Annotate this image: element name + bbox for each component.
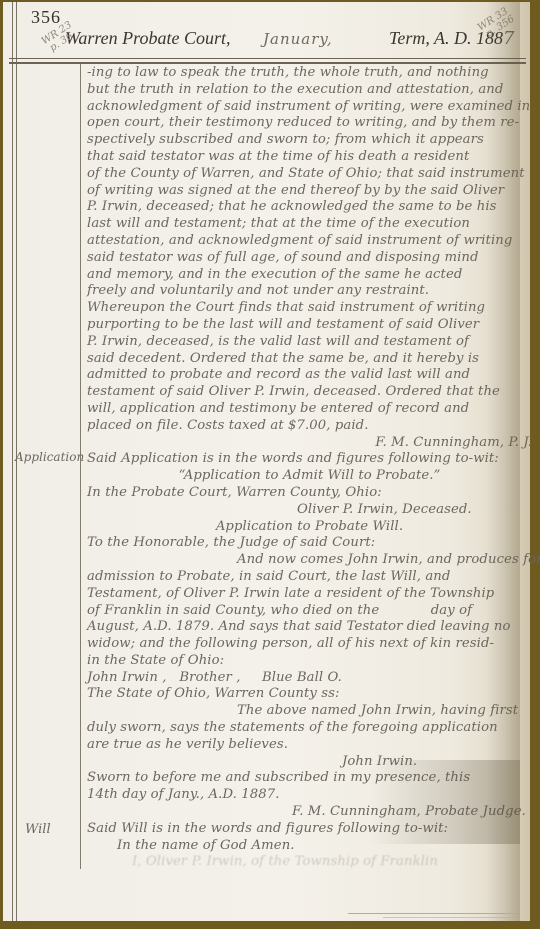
header-rule-top [9,58,526,59]
manuscript-line: In the Probate Court, Warren County, Ohi… [87,485,532,502]
manuscript-line: F. M. Cunningham, P. J. [87,435,532,452]
manuscript-line: To the Honorable, the Judge of said Cour… [87,535,532,552]
manuscript-line: admission to Probate, in said Court, the… [87,569,532,586]
manuscript-line: spectively subscribed and sworn to; from… [87,132,532,149]
manuscript-line: widow; and the following person, all of … [87,636,532,653]
court-title: Warren Probate Court, [65,28,231,49]
manuscript-line: said decedent. Ordered that the same be,… [87,351,532,368]
manuscript-line: Oliver P. Irwin, Deceased. [87,502,532,519]
manuscript-line: P. Irwin, deceased, is the valid last wi… [87,334,532,351]
manuscript-line: The State of Ohio, Warren County ss: [87,686,532,703]
next-page-edge-line [348,913,518,914]
term-month-handwritten: January, [263,30,333,48]
manuscript-line: I, Oliver P. Irwin, of the Township of F… [87,854,532,871]
manuscript-line: Testament, of Oliver P. Irwin late a res… [87,586,532,603]
manuscript-line: -ing to law to speak the truth, the whol… [87,65,532,82]
manuscript-line: “Application to Admit Will to Probate.” [87,468,532,485]
manuscript-line: Whereupon the Court finds that said inst… [87,300,532,317]
margin-label-application: Application [15,450,77,464]
manuscript-line: are true as he verily believes. [87,737,532,754]
page-number: 356 [31,7,61,28]
header-rule-bottom [9,62,526,64]
manuscript-line: admitted to probate and record as the va… [87,367,532,384]
margin-label-will: Will [25,822,87,837]
next-page-edge-line [383,917,518,918]
manuscript-line: open court, their testimony reduced to w… [87,115,532,132]
manuscript-line: P. Irwin, deceased; that he acknowledged… [87,199,532,216]
manuscript-line: acknowledgment of said instrument of wri… [87,99,532,116]
manuscript-line: freely and voluntarily and not under any… [87,283,532,300]
ledger-paper: 356 Warren Probate Court, January, Term,… [3,2,530,921]
manuscript-line: August, A.D. 1879. And says that said Te… [87,619,532,636]
manuscript-line: but the truth in relation to the executi… [87,82,532,99]
manuscript-line: John Irwin , Brother , Blue Ball O. [87,670,532,687]
manuscript-line: said testator was of full age, of sound … [87,250,532,267]
scanned-ledger-page: { "page": { "number": "356", "court_titl… [0,0,540,929]
manuscript-line: that said testator was at the time of hi… [87,149,532,166]
manuscript-lines: -ing to law to speak the truth, the whol… [87,65,532,871]
manuscript-line: of Franklin in said County, who died on … [87,603,532,620]
manuscript-line: will, application and testimony be enter… [87,401,532,418]
left-double-rule-outer [12,2,13,921]
manuscript-line: And now comes John Irwin, and produces f… [87,552,532,569]
manuscript-line: attestation, and acknowledgment of said … [87,233,532,250]
manuscript-line: in the State of Ohio: [87,653,532,670]
manuscript-line: The above named John Irwin, having first [87,703,532,720]
manuscript-line: placed on file. Costs taxed at $7.00, pa… [87,418,532,435]
manuscript-line: and memory, and in the execution of the … [87,267,532,284]
manuscript-line: of the County of Warren, and State of Oh… [87,166,532,183]
manuscript-line: of writing was signed at the end thereof… [87,183,532,200]
manuscript-line: testament of said Oliver P. Irwin, decea… [87,384,532,401]
manuscript-line: Said Application is in the words and fig… [87,451,532,468]
manuscript-line: last will and testament; that at the tim… [87,216,532,233]
manuscript-line: Application to Probate Will. [87,519,532,536]
manuscript-line: purporting to be the last will and testa… [87,317,532,334]
margin-column-rule [80,62,81,869]
manuscript-line: duly sworn, says the statements of the f… [87,720,532,737]
binding-gutter-shadow [486,2,520,921]
